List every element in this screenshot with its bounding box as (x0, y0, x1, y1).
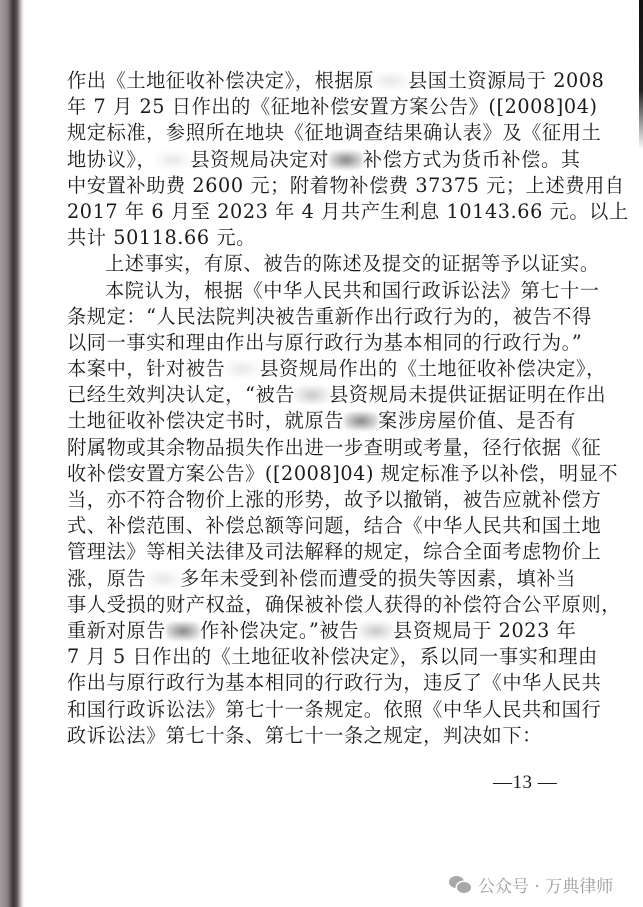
book-binding-edge (0, 0, 24, 907)
text-segment: 县资规局未提供证据证明在作出 (329, 383, 606, 406)
text-segment: 县国土资源局于 2008 (408, 69, 604, 92)
text-line: 土地征收补偿决定书时，就原告案涉房屋价值、是否有 (67, 408, 561, 434)
redacted-name-blur (374, 72, 408, 90)
wechat-official-account-watermark: 公众号 · 万典律师 (449, 872, 613, 897)
text-line: 7 月 5 日作出的《土地征收补偿决定》，系以同一事实和理由 (67, 644, 561, 670)
watermark-text: 公众号 · 万典律师 (478, 872, 613, 897)
text-segment: 县资规局决定对 (190, 148, 329, 171)
text-segment: 以同一事实和理由作出与原行政行为基本相同的行政行为。” (67, 331, 582, 354)
redacted-name-blur (156, 151, 190, 169)
text-segment: 上述事实，有原、被告的陈述及提交的证据等予以证实。 (105, 252, 600, 275)
text-segment: 条规定：“人民法院判决被告重新作出行政行为的，被告不得 (67, 305, 592, 328)
text-segment: 涨，原告 (67, 567, 146, 590)
text-segment: 和国行政诉讼法》第七十一条规定。依照《中华人民共和国行 (67, 698, 601, 721)
text-segment: 补偿方式为货币补偿。其 (363, 148, 581, 171)
text-line: 作出与原行政行为基本相同的行政行为，违反了《中华人民共 (67, 670, 561, 696)
redacted-name-blur (344, 412, 378, 430)
text-line: 附属物或其余物品损失作出进一步查明或考量，径行依据《征 (67, 435, 561, 461)
redacted-name-blur (359, 622, 393, 640)
text-segment: 管理法》等相关法律及司法解释的规定，综合全面考虑物价上 (67, 540, 601, 563)
text-segment: 已经生效判决认定，“被告 (67, 383, 295, 406)
text-line: 收补偿安置方案公告》([2008]04) 规定标准予以补偿，明显不 (67, 461, 561, 487)
text-line: 作出《土地征收补偿决定》，根据原县国土资源局于 2008 (67, 68, 561, 94)
text-line: 已经生效判决认定，“被告县资规局未提供证据证明在作出 (67, 382, 561, 408)
text-line: 本院认为，根据《中华人民共和国行政诉讼法》第七十一 (67, 278, 561, 304)
text-segment: 作出与原行政行为基本相同的行政行为，违反了《中华人民共 (67, 671, 601, 694)
text-segment: 式、补偿范围、补偿总额等问题，结合《中华人民共和国土地 (67, 514, 601, 537)
text-segment: 本院认为，根据《中华人民共和国行政诉讼法》第七十一 (105, 279, 600, 302)
redacted-name-blur (146, 570, 180, 588)
text-line: 当，亦不符合物价上涨的形势，故予以撤销，被告应就补偿方 (67, 487, 561, 513)
text-segment: 当，亦不符合物价上涨的形势，故予以撤销，被告应就补偿方 (67, 488, 601, 511)
redacted-name-blur (329, 151, 363, 169)
text-line: 年 7 月 25 日作出的《征地补偿安置方案公告》([2008]04) (67, 94, 561, 120)
text-segment: 事人受损的财产权益，确保被补偿人获得的补偿符合公平原则， (67, 593, 621, 616)
text-segment: 县资规局于 2023 年 (393, 619, 576, 642)
text-segment: 7 月 5 日作出的《土地征收补偿决定》，系以同一事实和理由 (67, 645, 598, 668)
page-number: —13 — (493, 772, 557, 794)
text-line: 管理法》等相关法律及司法解释的规定，综合全面考虑物价上 (67, 539, 561, 565)
text-line: 和国行政诉讼法》第七十一条规定。依照《中华人民共和国行 (67, 697, 561, 723)
text-segment: 规定标准，参照所在地块《征地调查结果确认表》及《征用土 (67, 121, 601, 144)
text-line: 事人受损的财产权益，确保被补偿人获得的补偿符合公平原则， (67, 592, 561, 618)
redacted-name-blur (166, 622, 200, 640)
text-segment: 附属物或其余物品损失作出进一步查明或考量，径行依据《征 (67, 436, 601, 459)
text-segment: 案涉房屋价值、是否有 (378, 409, 576, 432)
text-line: 共计 50118.66 元。 (67, 225, 561, 251)
text-line: 2017 年 6 月至 2023 年 4 月共产生利息 10143.66 元。以… (67, 199, 561, 225)
text-line: 重新对原告作补偿决定。”被告县资规局于 2023 年 (67, 618, 561, 644)
text-segment: 政诉讼法》第七十条、第七十一条之规定，判决如下： (67, 724, 542, 747)
text-segment: 作补偿决定。”被告 (200, 619, 359, 642)
text-line: 涨，原告多年未受到补偿而遭受的损失等因素，填补当 (67, 566, 561, 592)
text-line: 政诉讼法》第七十条、第七十一条之规定，判决如下： (67, 723, 561, 749)
judgment-body-text: 作出《土地征收补偿决定》，根据原县国土资源局于 2008年 7 月 25 日作出… (67, 68, 561, 749)
text-segment: 收补偿安置方案公告》([2008]04) 规定标准予以补偿，明显不 (67, 462, 618, 485)
text-line: 以同一事实和理由作出与原行政行为基本相同的行政行为。” (67, 330, 561, 356)
text-line: 式、补偿范围、补偿总额等问题，结合《中华人民共和国土地 (67, 513, 561, 539)
text-line: 上述事实，有原、被告的陈述及提交的证据等予以证实。 (67, 251, 561, 277)
page-right-edge-shadow (639, 0, 643, 150)
text-line: 本案中，针对被告县资规局作出的《土地征收补偿决定》， (67, 356, 561, 382)
text-segment: 年 7 月 25 日作出的《征地补偿安置方案公告》([2008]04) (67, 95, 598, 118)
text-line: 中安置补助费 2600 元；附着物补偿费 37375 元；上述费用自 (67, 173, 561, 199)
text-segment: 作出《土地征收补偿决定》，根据原 (67, 69, 374, 92)
text-line: 地协议》，县资规局决定对补偿方式为货币补偿。其 (67, 147, 561, 173)
text-segment: 中安置补助费 2600 元；附着物补偿费 37375 元；上述费用自 (67, 174, 625, 197)
text-segment: 县资规局作出的《土地征收补偿决定》， (259, 357, 606, 380)
redacted-name-blur (225, 360, 259, 378)
text-segment: 多年未受到补偿而遭受的损失等因素，填补当 (180, 567, 576, 590)
text-segment: 共计 50118.66 元。 (67, 226, 256, 249)
text-segment: 本案中，针对被告 (67, 357, 225, 380)
text-segment: 地协议》， (67, 148, 156, 171)
redacted-name-blur (295, 386, 329, 404)
text-line: 条规定：“人民法院判决被告重新作出行政行为的，被告不得 (67, 304, 561, 330)
text-segment: 土地征收补偿决定书时，就原告 (67, 409, 344, 432)
text-segment: 重新对原告 (67, 619, 166, 642)
text-line: 规定标准，参照所在地块《征地调查结果确认表》及《征用土 (67, 120, 561, 146)
wechat-icon (449, 875, 473, 895)
text-segment: 2017 年 6 月至 2023 年 4 月共产生利息 10143.66 元。以… (67, 200, 629, 223)
